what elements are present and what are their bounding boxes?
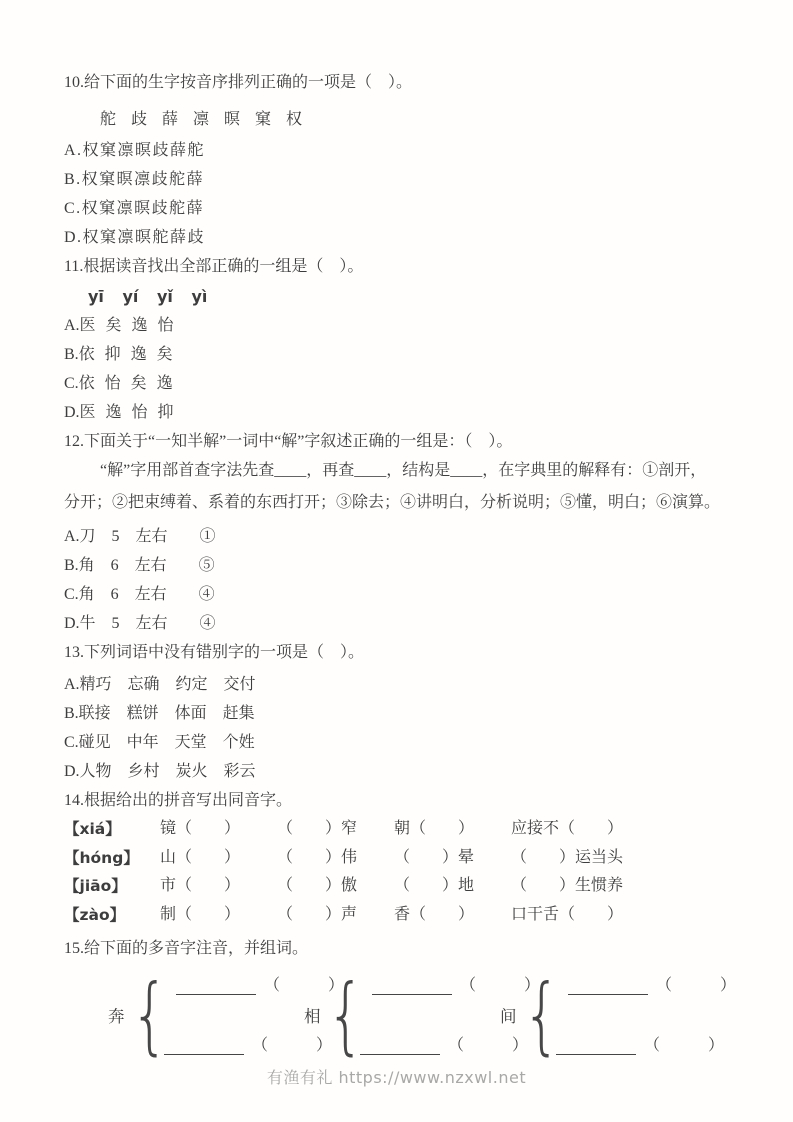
q14-blank-item: 香（ ） (394, 901, 474, 930)
answer-blank-line (360, 1039, 440, 1055)
q15-answer-lines: （ ） （ ） (568, 975, 736, 1055)
question-11-title: 11.根据读音找出全部正确的一组是（ ）。 (64, 252, 753, 281)
q14-blank-item: 口干舌（ ） (511, 901, 623, 930)
q14-row-hong: 【hóng】 山（ ） （ ）伟 （ ）晕 （ ）运当头 (64, 844, 753, 873)
worksheet-content: 10.给下面的生字按音序排列正确的一项是（ ）。 舵 歧 薛 凛 暝 窠 权 A… (0, 0, 793, 1057)
q14-row-jiao: 【jiāo】 市（ ） （ ）傲 （ ）地 （ ）生惯养 (64, 872, 753, 901)
question-10-option-b: B.权窠暝凛歧舵薛 (64, 165, 753, 194)
question-12-option-b: B.角 6 左右 ⑤ (64, 551, 753, 580)
question-12-option-a: A.刀 5 左右 ① (64, 522, 753, 551)
question-11-pinyin: yī yí yǐ yì (64, 282, 753, 311)
answer-blank-line (176, 979, 256, 995)
question-11-option-b: B.依 抑 逸 矣 (64, 340, 753, 369)
q14-pinyin-label: 【hóng】 (64, 844, 160, 873)
question-10-option-c: C.权窠凛暝歧舵薛 (64, 194, 753, 223)
q14-pinyin-label: 【xiá】 (64, 815, 160, 844)
question-10-character-list: 舵 歧 薛 凛 暝 窠 权 (64, 105, 753, 134)
question-13-option-d: D.人物 乡村 炭火 彩云 (64, 757, 753, 786)
q15-polyphone-groups: 奔 { （ ） （ ） 相 { (108, 973, 753, 1057)
q14-blank-item: （ ）傲 (277, 872, 357, 901)
answer-blank-line (556, 1039, 636, 1055)
q14-row-xia: 【xiá】 镜（ ） （ ）窄 朝（ ） 应接不（ ） (64, 815, 753, 844)
question-12-option-d: D.牛 5 左右 ④ (64, 609, 753, 638)
q15-answer-line: （ ） (556, 1037, 736, 1055)
q15-polyphone-char: 相 (304, 1003, 321, 1027)
q14-blank-item: （ ）声 (277, 901, 357, 930)
q15-answer-line: （ ） (568, 977, 736, 995)
q14-blank-item: 朝（ ） (394, 815, 474, 844)
q14-blank-item: （ ）伟 (277, 844, 357, 873)
q14-pinyin-label: 【jiāo】 (64, 872, 160, 901)
q15-group-xiang: 相 { （ ） （ ） (304, 973, 500, 1057)
q15-group-jian: 间 { （ ） （ ） (500, 973, 736, 1057)
q14-blank-item: （ ）生惯养 (511, 872, 623, 901)
question-13-title: 13.下列词语中没有错别字的一项是（ ）。 (64, 638, 753, 667)
q14-row-zao: 【zào】 制（ ） （ ）声 香（ ） 口干舌（ ） (64, 901, 753, 930)
q14-blank-item: （ ）运当头 (511, 844, 623, 873)
answer-blank-line (568, 979, 648, 995)
worksheet-page: 10.给下面的生字按音序排列正确的一项是（ ）。 舵 歧 薛 凛 暝 窠 权 A… (0, 0, 793, 1122)
brace-icon: { (326, 973, 364, 1057)
question-13-option-a: A.精巧 忘确 约定 交付 (64, 670, 753, 699)
question-11-option-d: D.医 逸 怡 抑 (64, 398, 753, 427)
q14-blank-item: 镜（ ） (160, 815, 240, 844)
question-10-option-d: D.权窠凛暝舵薛歧 (64, 223, 753, 252)
question-12-option-c: C.角 6 左右 ④ (64, 580, 753, 609)
q15-group-ben: 奔 { （ ） （ ） (108, 973, 304, 1057)
q14-blank-item: 山（ ） (160, 844, 240, 873)
question-14: 14.根据给出的拼音写出同音字。 【xiá】 镜（ ） （ ）窄 朝（ ） 应接… (64, 786, 753, 929)
question-14-title: 14.根据给出的拼音写出同音字。 (64, 786, 753, 815)
q14-blank-item: （ ）窄 (277, 815, 357, 844)
question-10-title: 10.给下面的生字按音序排列正确的一项是（ ）。 (64, 68, 753, 97)
question-12: 12.下面关于“一知半解”一词中“解”字叙述正确的一组是：（ ）。 “解”字用部… (64, 427, 753, 638)
question-10: 10.给下面的生字按音序排列正确的一项是（ ）。 舵 歧 薛 凛 暝 窠 权 A… (64, 68, 753, 252)
brace-icon: { (522, 973, 560, 1057)
question-13: 13.下列词语中没有错别字的一项是（ ）。 A.精巧 忘确 约定 交付 B.联接… (64, 638, 753, 786)
q15-polyphone-char: 奔 (108, 1003, 125, 1027)
q14-blank-item: 制（ ） (160, 901, 240, 930)
q14-blank-item: 应接不（ ） (511, 815, 623, 844)
q14-blank-item: （ ）地 (394, 872, 474, 901)
question-15: 15.给下面的多音字注音，并组词。 奔 { （ ） （ ） (64, 934, 753, 1057)
answer-blank-line (372, 979, 452, 995)
question-12-description-line1: “解”字用部首查字法先查____，再查____，结构是____，在字典里的解释有… (64, 456, 753, 485)
q15-polyphone-char: 间 (500, 1003, 517, 1027)
q14-pinyin-label: 【zào】 (64, 901, 160, 930)
question-12-description-line2: 分开；②把束缚着、系着的东西打开；③除去；④讲明白，分析说明；⑤懂，明白；⑥演算… (64, 488, 753, 517)
question-11: 11.根据读音找出全部正确的一组是（ ）。 yī yí yǐ yì A.医 矣 … (64, 252, 753, 427)
q14-blank-item: （ ）晕 (394, 844, 474, 873)
answer-blank-line (164, 1039, 244, 1055)
answer-paren: （ ） (644, 1037, 724, 1055)
question-11-option-a: A.医 矣 逸 怡 (64, 311, 753, 340)
question-13-option-b: B.联接 糕饼 体面 赶集 (64, 699, 753, 728)
question-10-option-a: A.权窠凛暝歧薛舵 (64, 136, 753, 165)
question-15-title: 15.给下面的多音字注音，并组词。 (64, 934, 753, 963)
watermark-footer: 有渔有礼 https://www.nzxwl.net (0, 1065, 793, 1088)
question-12-title: 12.下面关于“一知半解”一词中“解”字叙述正确的一组是：（ ）。 (64, 427, 753, 456)
q14-blank-item: 市（ ） (160, 872, 240, 901)
brace-icon: { (130, 973, 168, 1057)
question-13-option-c: C.碰见 中年 天堂 个姓 (64, 728, 753, 757)
question-11-option-c: C.依 怡 矣 逸 (64, 369, 753, 398)
answer-paren: （ ） (656, 977, 736, 995)
